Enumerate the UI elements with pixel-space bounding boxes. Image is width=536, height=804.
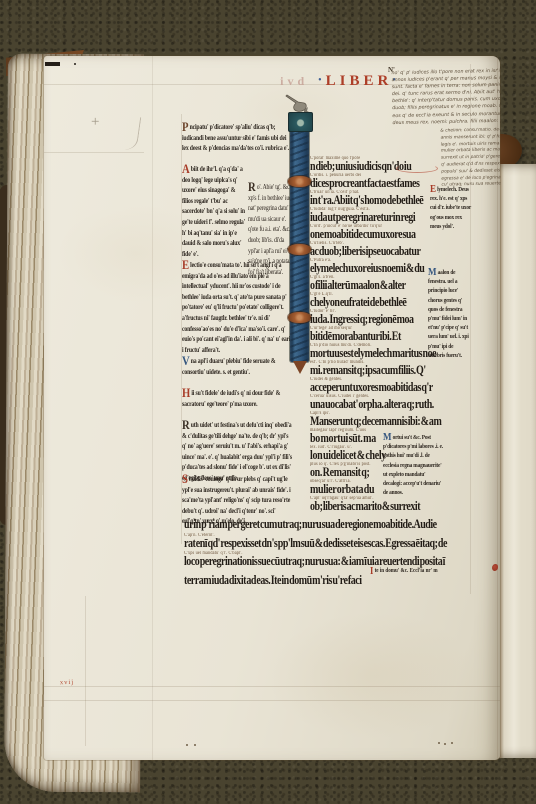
main-text-line: C'u'lielis. C'n'teb'. ac duob; liberis i… bbox=[310, 241, 500, 258]
bible-text: chelyon eufratei de bethleē bbox=[310, 297, 462, 309]
gloss-text: na apl'i duaru' plebiu' fide seruate & c… bbox=[182, 357, 275, 376]
main-text-line: plus io q'. C'lex p'g'inato'is post. on.… bbox=[310, 462, 500, 479]
facing-page-edge bbox=[499, 164, 536, 758]
main-text-line: C'gl'e L.q'll. chelyon eufratei de bethl… bbox=[310, 292, 500, 309]
main-text-line: ur in p'riam pergeret cum utraq; nuru su… bbox=[184, 514, 536, 533]
main-text-line: obseq'al' u'l'. C'attl'ia. mulier orbata… bbox=[310, 479, 500, 496]
main-text-line: C'apl' uq'l'ngau' q'la' sep'ua amul'. ob… bbox=[310, 496, 500, 513]
bible-text: iuda ut peregrinaretur in regi bbox=[310, 212, 462, 224]
bible-text: una uocabat' orpha. altera q; ruth. bbox=[310, 399, 462, 411]
bible-text-column: C'poral' maxime quo t'pore n dieb; unius… bbox=[310, 156, 500, 513]
bible-text: ob; liberis ac marito & surrexit bbox=[310, 501, 462, 513]
annotation-line: deus meus rex. noemi: pulchra. filii maa… bbox=[392, 118, 500, 127]
interlace-knot bbox=[288, 176, 311, 187]
main-text-line: C'In p'dio huius mu'di. C'demoli. mortuu… bbox=[310, 343, 500, 360]
bible-text: rat enī qd' respexisset dn's pp'lm suū &… bbox=[184, 538, 498, 550]
main-text-line: C'cerua' uisus. C'iudei i' gentes. una u… bbox=[310, 394, 500, 411]
gloss-paragraph: Hii su't fidele' de iudi's q' ni dour fi… bbox=[182, 388, 294, 409]
gloss-text: ncipatu' p'dicatore' sp'aliu' dicas q'b;… bbox=[182, 123, 289, 152]
main-text-line: lex. iud'. C'l'iugau'. u'. lon uidelicet… bbox=[310, 445, 500, 462]
main-text-line: C'xps uel mandatu' q'l'. C'bapl'. loco p… bbox=[184, 551, 536, 570]
bible-text: n dieb; unius iudicis qn'do iu bbox=[310, 161, 462, 173]
main-text-line: C'Putra e'a. elymelech uxor eius noemi &… bbox=[310, 258, 500, 275]
bible-text: mortuus est elymelech maritus noe bbox=[310, 348, 462, 360]
ruling-line bbox=[152, 56, 153, 760]
bible-text: o filii alterū maalon & alter bbox=[310, 280, 462, 292]
main-text-line: est'. C'In p'lio hurad' mundis. mi. rema… bbox=[310, 360, 500, 377]
pricking-hole bbox=[194, 744, 196, 746]
main-text-line: C'ap'n. C'eternl'. rat enī qd' respexiss… bbox=[184, 533, 536, 552]
ruling-line bbox=[44, 700, 500, 701]
main-text-line: C'iudei & gentes. acceperunt uxores moab… bbox=[310, 377, 500, 394]
gloss-paragraph: Pncipatu' p'dicatore' sp'aliu' dicas q'b… bbox=[182, 122, 294, 154]
quire-signature: xvij bbox=[60, 679, 74, 686]
main-text-line: Capl's ips'. Manserunt q; decem annis ib… bbox=[310, 411, 500, 428]
bible-text: lon uidelicet & chely bbox=[310, 450, 462, 462]
running-title-offset: ivd bbox=[280, 74, 308, 88]
gloss-text: uth uidet' ut festina's ut defu'cti inq'… bbox=[182, 421, 292, 482]
gloss-text: lectio'e consu'mata to'. hii su't angl'i… bbox=[182, 261, 292, 354]
gloss-paragraph: Vna apl'i duaru' plebiu' fide seruate & … bbox=[182, 356, 294, 377]
pricking-hole bbox=[186, 744, 188, 746]
pricking-hole bbox=[444, 743, 446, 745]
title-ornament: • bbox=[318, 75, 322, 86]
interlace-knot bbox=[288, 312, 311, 323]
bible-text: mulier orbata du bbox=[310, 484, 462, 496]
gloss-initial: P bbox=[182, 122, 188, 132]
main-text-line: C'gl's. a'b'en. o filii alterū maalon & … bbox=[310, 275, 500, 292]
main-text-line: C'ord'. p'uicul' e' no'ue urba'dis' tu'q… bbox=[310, 224, 500, 241]
bible-text: in t'ra. Abiit q's homo de bethleē bbox=[310, 195, 462, 207]
plummet-curve-mark bbox=[122, 115, 142, 151]
ruling-line bbox=[85, 596, 86, 746]
main-text-line: C'ordis. i. penuria uerbi dei dices proc… bbox=[310, 173, 500, 190]
bible-text: ur in p'riam pergeret cum utraq; nuru su… bbox=[184, 519, 498, 531]
main-text-line: mailegau' lapl' reg'num. C'uos bo mortui… bbox=[310, 428, 500, 445]
gloss-paragraph: Electio'e consu'mata to'. hii su't angl'… bbox=[182, 260, 294, 355]
bible-text: ac duob; liberis ipse uocabatur bbox=[310, 246, 462, 258]
gloss-text: biit de ihr'l. q'a q'da' a deo logq' leg… bbox=[182, 165, 245, 258]
pricking-hole bbox=[451, 742, 453, 744]
bible-text: Manserunt q; decem annis ibi: & am bbox=[310, 416, 462, 428]
plummet-cross-mark: + bbox=[91, 114, 99, 131]
bible-text: bo mortui sūt. ma bbox=[310, 433, 462, 445]
ruling-line bbox=[44, 686, 500, 687]
gloss-initial: H bbox=[182, 388, 190, 398]
gloss-initial: V bbox=[182, 356, 190, 366]
bible-text: on. Remansit q; bbox=[310, 467, 462, 479]
bible-text: elymelech uxor eius noemi & du bbox=[310, 263, 462, 275]
gloss-initial: A bbox=[182, 164, 190, 174]
bible-text: acceperunt uxores moabitidas q'r bbox=[310, 382, 462, 394]
ink-dot bbox=[74, 63, 76, 65]
pricking-hole bbox=[438, 742, 440, 744]
gloss-initial: R bbox=[248, 182, 256, 192]
gloss-paragraph: Abiit de ihr'l. q'a q'da' a deo logq' le… bbox=[182, 164, 246, 259]
initial-medallion bbox=[288, 112, 313, 132]
manuscript-page: ivd• LIBER• N' no' q' p' iudices illo t'… bbox=[44, 56, 500, 760]
gloss-text: te in domu' &c. Eccl'ia nr' m bbox=[375, 568, 438, 574]
bible-text: terram iuda dixit ad eas. Ite in domū m'… bbox=[184, 575, 498, 587]
gloss-initial: E bbox=[182, 260, 189, 270]
gloss-initial: I bbox=[370, 568, 373, 575]
main-text-line: C'b'ual' un'ia. C'ceit' p'nat. in t'ra. … bbox=[310, 190, 500, 207]
bible-text: bitidē morabantur ibi. Et bbox=[310, 331, 462, 343]
gloss-text: ii su't fidele' de iudi's q' ni dour fid… bbox=[182, 389, 280, 408]
interlace-knot bbox=[288, 244, 311, 255]
manuscript-photo: ivd• LIBER• N' no' q' p' iudices illo t'… bbox=[0, 0, 536, 804]
main-text-line: C'ludida' lug'l' nug'guia. C'est'a. iuda… bbox=[310, 207, 500, 224]
gloss-initial: S bbox=[182, 474, 188, 484]
running-title-text: LIBER bbox=[326, 73, 393, 89]
main-text-line: C'ludor' e' bl'. iuda. Ingressi q; regio… bbox=[310, 309, 500, 326]
margin-annotation-block: no' q' p' iudices illo t'pore non erat r… bbox=[391, 68, 500, 128]
bible-text: dices procreant facta est fames bbox=[310, 178, 462, 190]
bible-text: one moabitide cum uxore sua bbox=[310, 229, 462, 241]
main-text-line: terram iuda dixit ad eas. Ite in domū m'… bbox=[184, 570, 536, 589]
ruling-line bbox=[44, 152, 144, 153]
inline-end-gloss: Ite in domu' &c. Eccl'ia nr' m bbox=[370, 568, 481, 575]
gloss-initial: R bbox=[182, 420, 190, 430]
ink-mark bbox=[45, 62, 60, 66]
bible-text: mi. remansit q; ipsa cum filiis. Q' bbox=[310, 365, 462, 377]
main-text-line: C'ur'lege' ad mo'seq'ur bitidē morabantu… bbox=[310, 326, 500, 343]
red-underline-mark bbox=[396, 164, 438, 173]
bible-text: iuda. Ingressi q; regionē moa bbox=[310, 314, 462, 326]
bible-text-bottom-block: ur in p'riam pergeret cum utraq; nuru su… bbox=[184, 514, 536, 588]
initial-tail-flourish bbox=[293, 361, 307, 374]
bible-text: loco peregrinationis sue cū utraq; nuru … bbox=[184, 556, 498, 568]
decorated-initial-I: I bbox=[290, 116, 309, 362]
